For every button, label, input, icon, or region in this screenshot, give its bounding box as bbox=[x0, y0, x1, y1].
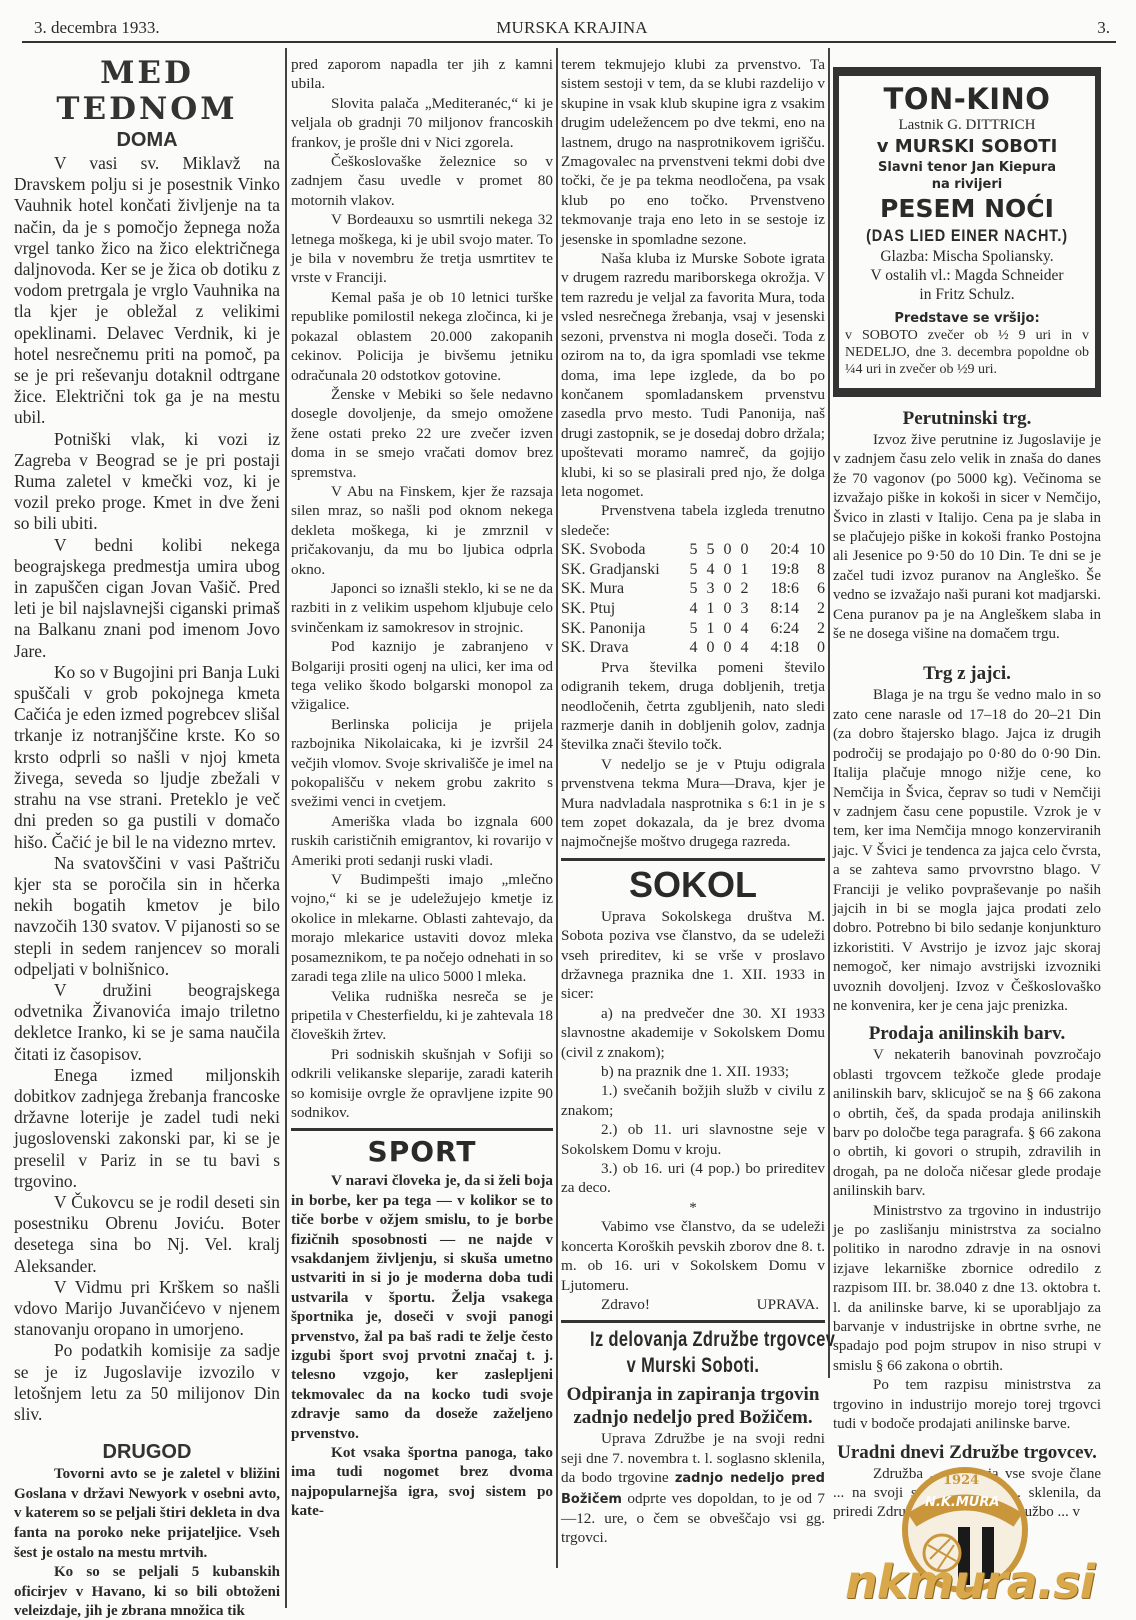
heading-drugod: DRUGOD bbox=[14, 1439, 280, 1465]
league-standings-table: SK. Svoboda 5 5 0 0 20:4 10 SK. Gradjans… bbox=[561, 540, 825, 658]
section-rule bbox=[291, 1128, 553, 1131]
lost: 4 bbox=[736, 619, 753, 639]
sokol-item-b1: 1.) svečanih božjih služb v civilu z zna… bbox=[561, 1081, 825, 1120]
sokol-item-b: b) na praznik dne 1. XII. 1933; bbox=[561, 1062, 825, 1081]
heading-aniline-dyes: Prodaja anilinskih barv. bbox=[833, 1022, 1101, 1046]
heading-poultry-market: Perutninski trg. bbox=[833, 407, 1101, 431]
drawn: 0 bbox=[719, 619, 736, 639]
played: 5 bbox=[685, 619, 702, 639]
news-item: Ko so se peljali 5 kubanskih oficirjev v… bbox=[14, 1563, 280, 1620]
table-legend: Prva številka pomeni število odigranih t… bbox=[561, 658, 825, 755]
news-item: V Vidmu pri Krškem so našli vdovo Marijo… bbox=[14, 1277, 280, 1341]
table-row: SK. Gradjanski 5 4 0 1 19:8 8 bbox=[561, 560, 825, 580]
ad-owner: Lastnik G. DITTRICH bbox=[845, 116, 1089, 135]
ad-title: TON-KINO bbox=[845, 82, 1089, 116]
news-item: Ženske v Mebiki so šele nedavno dosegle … bbox=[291, 385, 553, 482]
news-item-continued: pred zaporom napadla ter jih z kamni ubi… bbox=[291, 55, 553, 94]
news-item: Enega izmed miljonskih dobitkov zadnjega… bbox=[14, 1065, 280, 1192]
won: 4 bbox=[702, 560, 719, 580]
points: 6 bbox=[803, 579, 825, 599]
points: 2 bbox=[803, 619, 825, 639]
news-item: Pri sodniskih skušnjah v Sofiji so odkri… bbox=[291, 1045, 553, 1123]
separator-star: * bbox=[561, 1198, 825, 1217]
news-item: V Abu na Finskem, kjer že razsaja silen … bbox=[291, 482, 553, 579]
news-item: Velika rudniška nesreča se je pripetila … bbox=[291, 987, 553, 1045]
column-3: terem tekmujejo klubi za prvenstvo. Ta s… bbox=[561, 55, 825, 1548]
cinema-advertisement: TON-KINO Lastnik G. DITTRICH v MURSKI SO… bbox=[833, 67, 1101, 397]
drawn: 0 bbox=[719, 579, 736, 599]
sport-paragraph-continued: terem tekmujejo klubi za prvenstvo. Ta s… bbox=[561, 55, 825, 249]
news-item: Slovita palača „Mediteranéc,“ ki je velj… bbox=[291, 94, 553, 152]
signature: UPRAVA. bbox=[757, 1295, 819, 1314]
issue-date: 3. decembra 1933. bbox=[34, 18, 160, 38]
news-item: Tovorni avto se je zaletel v bližini Gos… bbox=[14, 1465, 280, 1563]
eggs-paragraph: Blaga je na trgu še vedno malo in so zat… bbox=[833, 686, 1101, 1016]
drawn: 0 bbox=[719, 540, 736, 560]
ad-tenor: Slavni tenor Jan Kiepura bbox=[845, 159, 1089, 176]
won: 5 bbox=[702, 540, 719, 560]
ad-shows-heading: Predstave se vršijo: bbox=[845, 310, 1089, 327]
poultry-paragraph: Izvoz žive perutnine iz Jugoslavije je v… bbox=[833, 431, 1101, 644]
won: 1 bbox=[702, 619, 719, 639]
points: 8 bbox=[803, 560, 825, 580]
news-item: Ko so v Bugojini pri Banja Luki spuščali… bbox=[14, 662, 280, 853]
goals: 20:4 bbox=[753, 540, 803, 560]
lost: 0 bbox=[736, 540, 753, 560]
news-item: V bedni kolibi nekega beograjskega predm… bbox=[14, 535, 280, 662]
table-row: SK. Svoboda 5 5 0 0 20:4 10 bbox=[561, 540, 825, 560]
ad-showtimes: v SOBOTO zvečer ob ½ 9 uri in v NEDELJO,… bbox=[845, 327, 1089, 378]
aniline-paragraph: Ministrstvo za trgovino in industrijo je… bbox=[833, 1202, 1101, 1377]
news-item: Japonci so iznašli steklo, ki se ne da r… bbox=[291, 579, 553, 637]
goals: 6:24 bbox=[753, 619, 803, 639]
watermark-site: nkmura.si bbox=[845, 1555, 1094, 1609]
sokol-item-a: a) na predvečer dne 30. XI 1933 slavnost… bbox=[561, 1004, 825, 1062]
column-1: MED TEDNOM DOMA V vasi sv. Miklavž na Dr… bbox=[14, 55, 280, 1620]
sokol-invite: Vabimo vse članstvo, da se udeleži konce… bbox=[561, 1217, 825, 1295]
store-hours-paragraph: Uprava Združbe je na svoji redni seji dn… bbox=[561, 1429, 825, 1547]
section-rule bbox=[561, 858, 825, 861]
team-name: SK. Drava bbox=[561, 638, 685, 658]
lost: 1 bbox=[736, 560, 753, 580]
goals: 4:18 bbox=[753, 638, 803, 658]
news-item: Pod kaznijo je zabranjeno v Bolgariji pr… bbox=[291, 637, 553, 715]
news-item: Kemal paša je ob 10 letnici turške repub… bbox=[291, 288, 553, 385]
ad-film-title-de: (DAS LIED EINER NACHT.) bbox=[863, 225, 1070, 247]
news-item: Berlinska policija je prijela razbojnika… bbox=[291, 715, 553, 812]
sokol-signoff: Zdravo! UPRAVA. bbox=[561, 1295, 825, 1314]
table-row: SK. Panonija 5 1 0 4 6:24 2 bbox=[561, 619, 825, 639]
greeting: Zdravo! bbox=[601, 1295, 650, 1314]
sokol-item-b3: 3.) ob 16. uri (4 pop.) bo prireditev za… bbox=[561, 1159, 825, 1198]
won: 0 bbox=[702, 638, 719, 658]
heading-sokol: SOKOL bbox=[561, 865, 825, 905]
points: 10 bbox=[803, 540, 825, 560]
table-row: SK. Ptuj 4 1 0 3 8:14 2 bbox=[561, 599, 825, 619]
page-number: 3. bbox=[1097, 18, 1110, 38]
team-name: SK. Ptuj bbox=[561, 599, 685, 619]
heading-zdruzba-line1: Iz delovanja Združbe trgovcev bbox=[590, 1327, 796, 1353]
lost: 3 bbox=[736, 599, 753, 619]
heading-zdruzba-line2: v Murski Soboti. bbox=[590, 1353, 796, 1379]
column-divider bbox=[285, 48, 287, 1608]
ad-cast: V ostalih vl.: Magda Schneider bbox=[845, 266, 1089, 285]
lost: 4 bbox=[736, 638, 753, 658]
heading-office-days: Uradni dnevi Združbe trgovcev. bbox=[833, 1441, 1101, 1465]
drawn: 0 bbox=[719, 638, 736, 658]
table-row: SK. Mura 5 3 0 2 18:6 6 bbox=[561, 579, 825, 599]
points: 2 bbox=[803, 599, 825, 619]
column-divider bbox=[556, 48, 558, 1568]
masthead: 3. decembra 1933. MURSKA KRAJINA 3. bbox=[34, 14, 1110, 38]
sokol-intro: Uprava Sokolskega društva M. Sobota pozi… bbox=[561, 907, 825, 1004]
news-item: V družini beograjskega odvetnika Živanov… bbox=[14, 980, 280, 1065]
news-item: Potniški vlak, ki vozi iz Zagreba v Beog… bbox=[14, 429, 280, 535]
ad-tenor-2: na rivijeri bbox=[845, 176, 1089, 193]
sport-paragraph: Naša kluba iz Murske Sobote igrata v dru… bbox=[561, 249, 825, 501]
played: 4 bbox=[685, 599, 702, 619]
ad-cast-2: in Fritz Schulz. bbox=[845, 285, 1089, 304]
ad-music: Glazba: Mischa Spoliansky. bbox=[845, 247, 1089, 266]
won: 3 bbox=[702, 579, 719, 599]
goals: 8:14 bbox=[753, 599, 803, 619]
won: 1 bbox=[702, 599, 719, 619]
team-name: SK. Gradjanski bbox=[561, 560, 685, 580]
ad-place: v MURSKI SOBOTI bbox=[845, 135, 1089, 159]
news-item: V Čukovcu se je rodil deseti sin posestn… bbox=[14, 1192, 280, 1277]
news-item: V Bordeauxu so usmrtili nekega 32 letneg… bbox=[291, 210, 553, 288]
news-item: Po podatkih komisije za sadje se je iz J… bbox=[14, 1340, 280, 1425]
lost: 2 bbox=[736, 579, 753, 599]
goals: 18:6 bbox=[753, 579, 803, 599]
played: 5 bbox=[685, 579, 702, 599]
points: 0 bbox=[803, 638, 825, 658]
played: 5 bbox=[685, 560, 702, 580]
sokol-item-b2: 2.) ob 11. uri slavnostne seje v Sokolsk… bbox=[561, 1120, 825, 1159]
section-title-med-tednom: MED TEDNOM bbox=[14, 55, 280, 127]
aniline-paragraph: Po tem razpisu ministrstva za trgovino i… bbox=[833, 1376, 1101, 1434]
drawn: 0 bbox=[719, 599, 736, 619]
office-paragraph: Združba ... opozarja vse svoje člane ...… bbox=[833, 1465, 1101, 1523]
ad-film-title: PESEM NOĆI bbox=[845, 193, 1089, 225]
news-item: V vasi sv. Miklavž na Dravskem polju si … bbox=[14, 153, 280, 429]
drawn: 0 bbox=[719, 560, 736, 580]
column-2: pred zaporom napadla ter jih z kamni ubi… bbox=[291, 55, 553, 1521]
sport-paragraph: V naravi človeka je, da si želi boja in … bbox=[291, 1171, 553, 1443]
news-item: V Budimpešti imajo „mlečno vojno,“ ki se… bbox=[291, 870, 553, 986]
news-item: Na svatovščini v vasi Paštriču kjer sta … bbox=[14, 853, 280, 980]
table-intro: Prvenstvena tabela izgleda trenutno sled… bbox=[561, 501, 825, 540]
heading-doma: DOMA bbox=[14, 127, 280, 153]
played: 5 bbox=[685, 540, 702, 560]
news-item: Češkoslovaške železnice so v zadnjem čas… bbox=[291, 152, 553, 210]
column-4: TON-KINO Lastnik G. DITTRICH v MURSKI SO… bbox=[833, 55, 1101, 1523]
played: 4 bbox=[685, 638, 702, 658]
table-row: SK. Drava 4 0 0 4 4:18 0 bbox=[561, 638, 825, 658]
masthead-rule bbox=[22, 41, 1116, 43]
newspaper-title: MURSKA KRAJINA bbox=[496, 18, 648, 38]
column-divider bbox=[828, 48, 830, 1378]
goals: 19:8 bbox=[753, 560, 803, 580]
team-name: SK. Svoboda bbox=[561, 540, 685, 560]
sport-paragraph: V nedeljo se je v Ptuju odigrala prvenst… bbox=[561, 755, 825, 852]
subheading-store-hours: Odpiranja in zapiranja trgovin zadnjo ne… bbox=[561, 1383, 825, 1429]
heading-egg-market: Trg z jajci. bbox=[833, 662, 1101, 686]
team-name: SK. Mura bbox=[561, 579, 685, 599]
aniline-paragraph: V nekaterih banovinah povzročajo oblasti… bbox=[833, 1046, 1101, 1201]
heading-sport: SPORT bbox=[291, 1135, 553, 1169]
section-rule bbox=[561, 1320, 825, 1323]
team-name: SK. Panonija bbox=[561, 619, 685, 639]
news-item: Ameriška vlada bo izgnala 600 ruskih car… bbox=[291, 812, 553, 870]
sport-paragraph: Kot vsaka športna panoga, tako ima tudi … bbox=[291, 1443, 553, 1521]
